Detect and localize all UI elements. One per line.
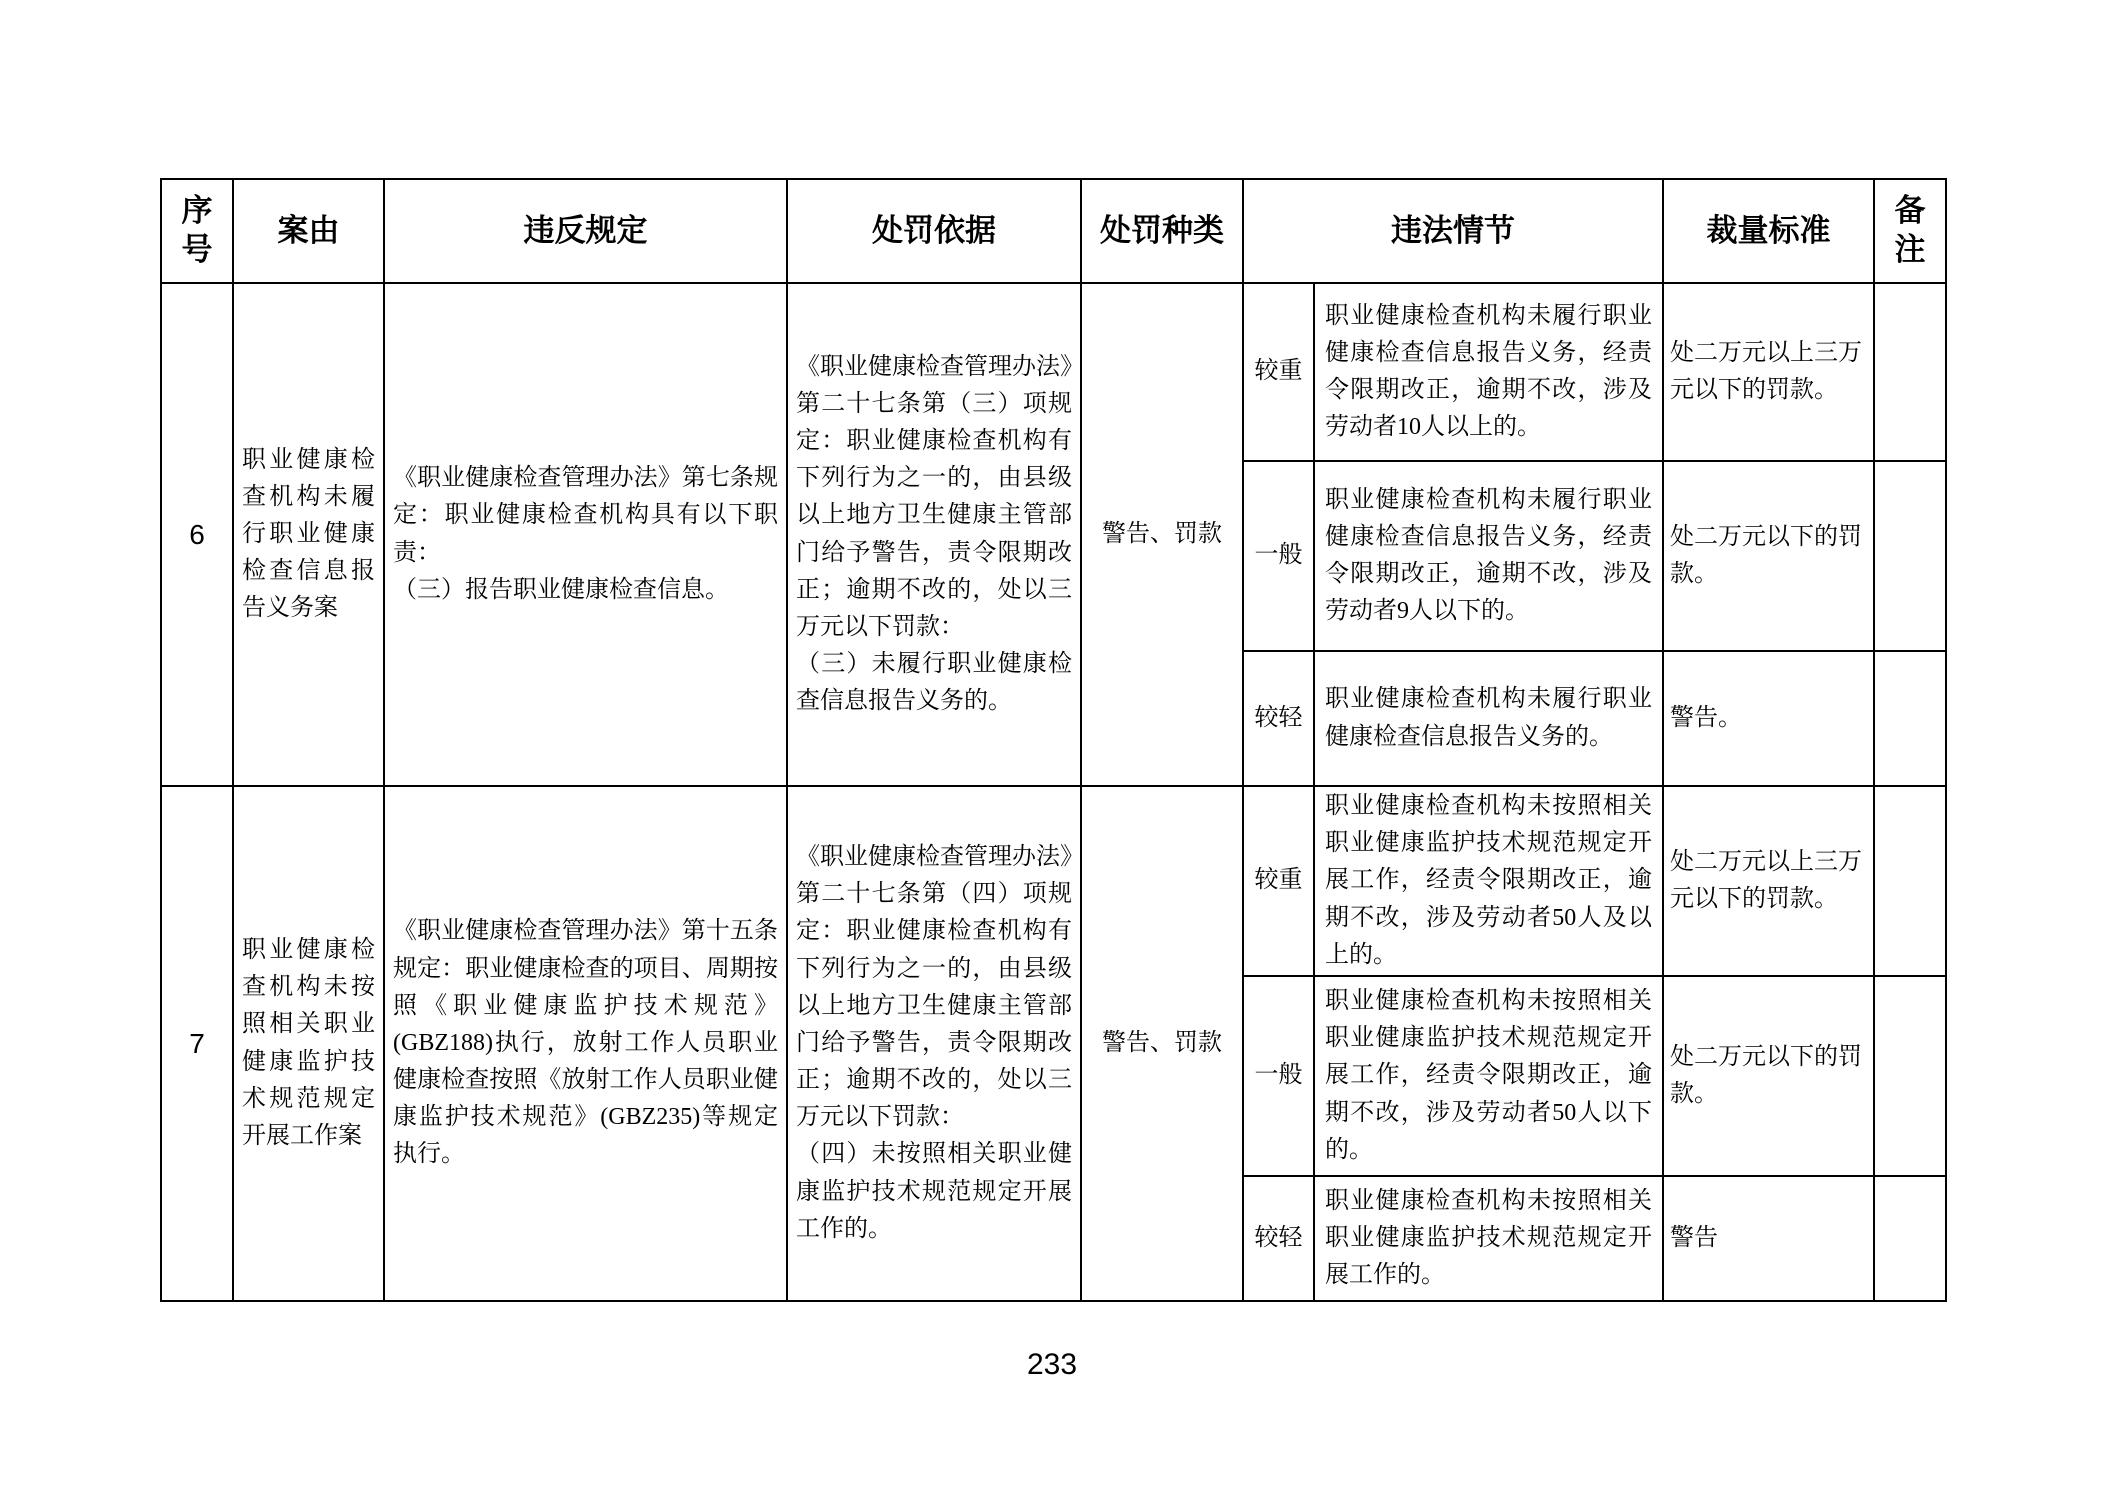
cell-standard: 处二万元以下的罚款。 [1663,976,1874,1176]
cell-violated-regulation: 《职业健康检查管理办法》第七条规定：职业健康检查机构具有以下职责： （三）报告职… [384,283,787,786]
cell-severity: 一般 [1243,976,1314,1176]
cell-circumstance: 职业健康检查机构未按照相关职业健康监护技术规范规定开展工作的。 [1314,1176,1663,1301]
header-violation: 违反规定 [384,179,787,283]
header-penalty-type: 处罚种类 [1081,179,1243,283]
cell-case-title: 职业健康检查机构未按照相关职业健康监护技术规范规定开展工作案 [233,786,384,1301]
cell-violated-regulation: 《职业健康检查管理办法》第十五条规定：职业健康检查的项目、周期按照《职业健康监护… [384,786,787,1301]
penalty-discretion-table: 序号 案由 违反规定 处罚依据 处罚种类 违法情节 裁量标准 备注 6 职业健康… [160,178,1947,1302]
table-row: 6 职业健康检查机构未履行职业健康检查信息报告义务案 《职业健康检查管理办法》第… [161,283,1946,461]
cell-penalty-basis: 《职业健康检查管理办法》第二十七条第（四）项规定：职业健康检查机构有下列行为之一… [787,786,1081,1301]
header-case: 案由 [233,179,384,283]
cell-standard: 处二万元以上三万元以下的罚款。 [1663,786,1874,976]
cell-circumstance: 职业健康检查机构未履行职业健康检查信息报告义务的。 [1314,651,1663,786]
cell-severity: 较轻 [1243,651,1314,786]
cell-standard: 警告 [1663,1176,1874,1301]
header-no: 序号 [161,179,233,283]
cell-remark [1874,283,1946,461]
header-circumstances: 违法情节 [1243,179,1663,283]
cell-standard: 处二万元以上三万元以下的罚款。 [1663,283,1874,461]
cell-circumstance: 职业健康检查机构未按照相关职业健康监护技术规范规定开展工作，经责令限期改正，逾期… [1314,976,1663,1176]
cell-case-number: 7 [161,786,233,1301]
cell-circumstance: 职业健康检查机构未履行职业健康检查信息报告义务，经责令限期改正，逾期不改，涉及劳… [1314,461,1663,651]
header-remarks: 备注 [1874,179,1946,283]
cell-remark [1874,651,1946,786]
cell-circumstance: 职业健康检查机构未按照相关职业健康监护技术规范规定开展工作，经责令限期改正，逾期… [1314,786,1663,976]
header-basis: 处罚依据 [787,179,1081,283]
header-standard: 裁量标准 [1663,179,1874,283]
cell-penalty-type: 警告、罚款 [1081,283,1243,786]
cell-case-title: 职业健康检查机构未履行职业健康检查信息报告义务案 [233,283,384,786]
table-row: 7 职业健康检查机构未按照相关职业健康监护技术规范规定开展工作案 《职业健康检查… [161,786,1946,976]
cell-remark [1874,786,1946,976]
cell-remark [1874,1176,1946,1301]
cell-severity: 一般 [1243,461,1314,651]
cell-severity: 较重 [1243,283,1314,461]
cell-circumstance: 职业健康检查机构未履行职业健康检查信息报告义务，经责令限期改正，逾期不改，涉及劳… [1314,283,1663,461]
cell-penalty-basis: 《职业健康检查管理办法》第二十七条第（三）项规定：职业健康检查机构有下列行为之一… [787,283,1081,786]
cell-remark [1874,461,1946,651]
cell-severity: 较重 [1243,786,1314,976]
cell-severity: 较轻 [1243,1176,1314,1301]
page-number: 233 [0,1348,2104,1382]
cell-remark [1874,976,1946,1176]
cell-case-number: 6 [161,283,233,786]
cell-penalty-type: 警告、罚款 [1081,786,1243,1301]
table-header-row: 序号 案由 违反规定 处罚依据 处罚种类 违法情节 裁量标准 备注 [161,179,1946,283]
cell-standard: 处二万元以下的罚款。 [1663,461,1874,651]
cell-standard: 警告。 [1663,651,1874,786]
